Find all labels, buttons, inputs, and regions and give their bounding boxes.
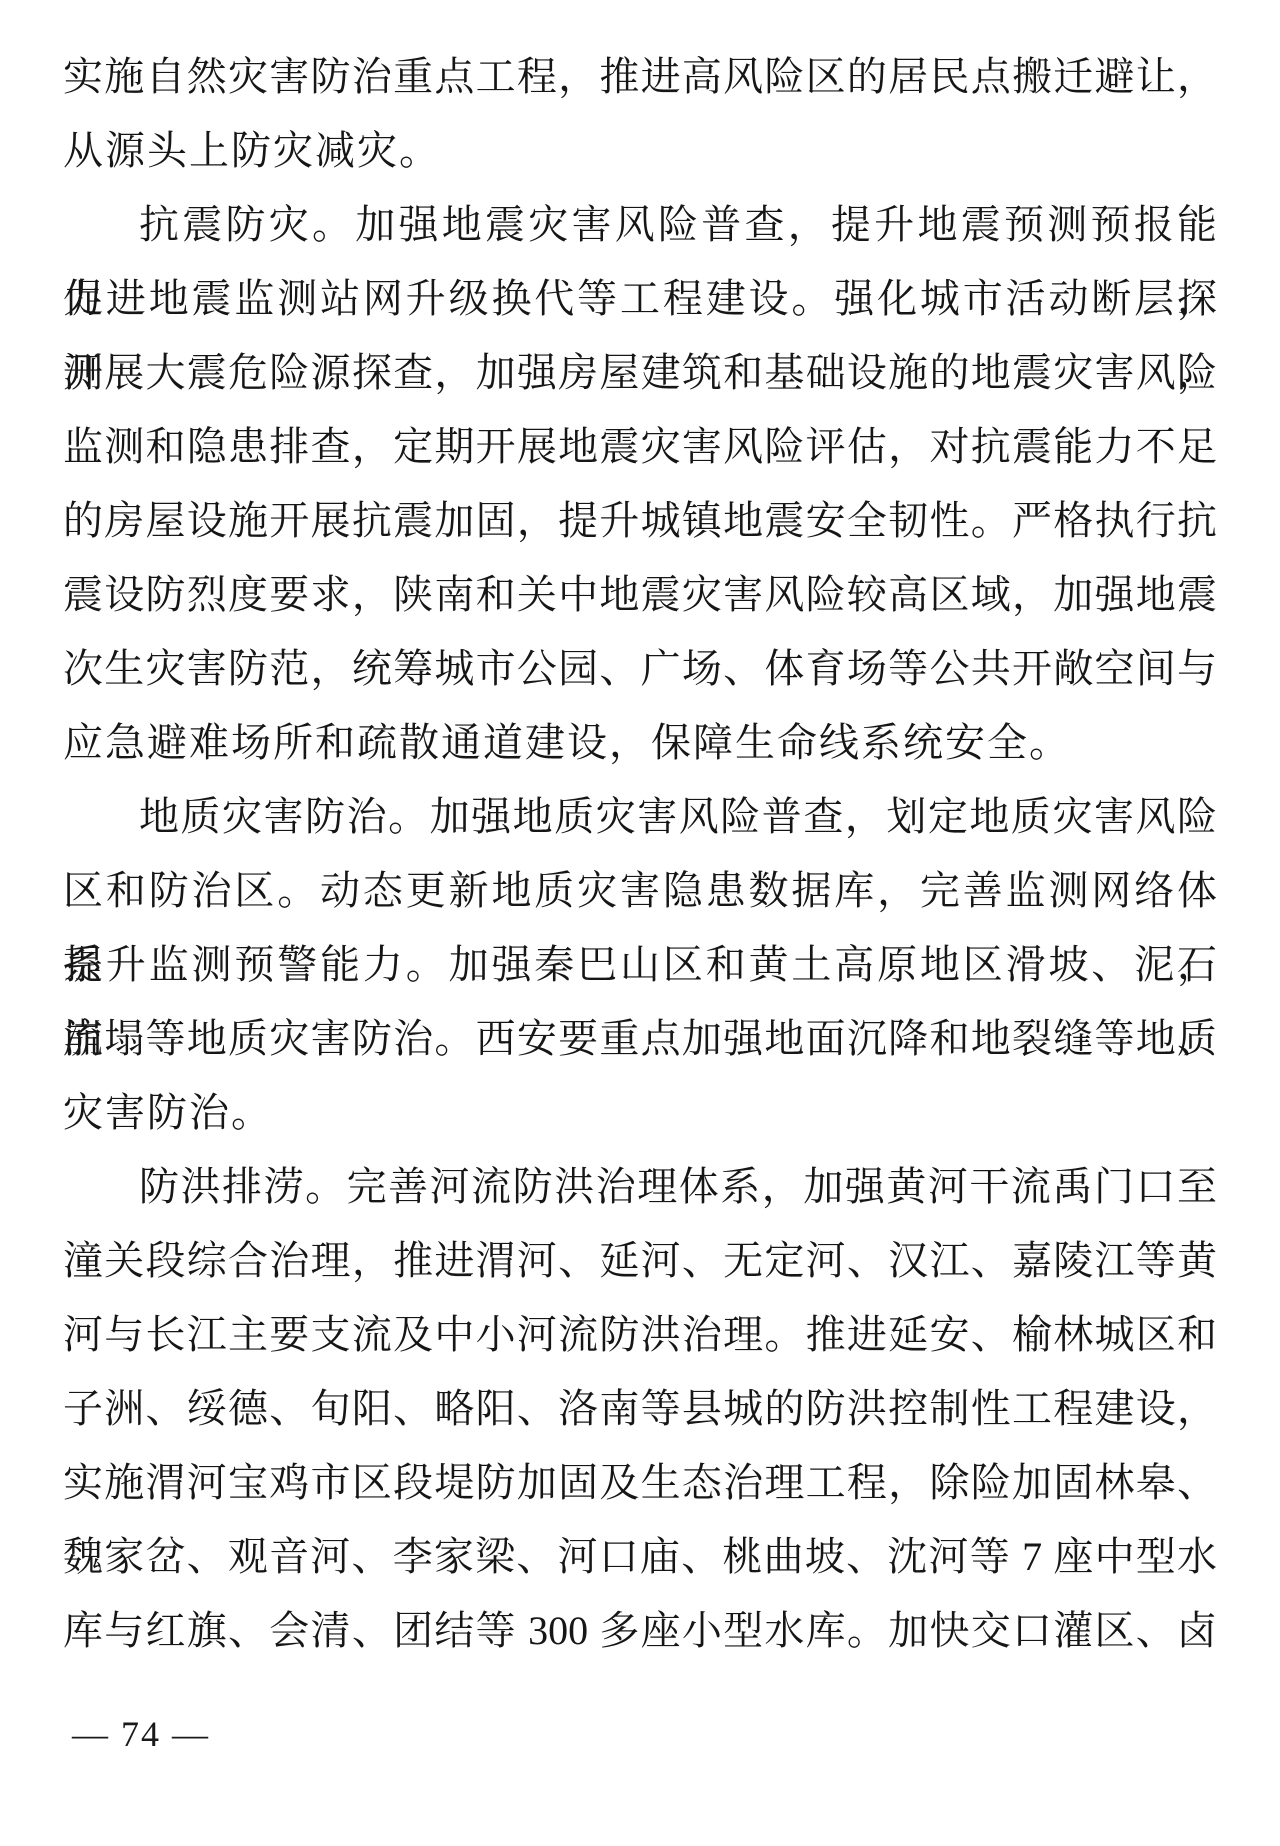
- text-line: 提升监测预警能力。加强秦巴山区和黄土高原地区滑坡、泥石流、: [63, 928, 1217, 1002]
- text-line: 实施自然灾害防治重点工程，推进高风险区的居民点搬迁避让，: [63, 40, 1217, 114]
- text-line: 震设防烈度要求，陕南和关中地震灾害风险较高区域，加强地震: [63, 558, 1217, 632]
- page-number: — 74 —: [72, 1714, 210, 1754]
- page-footer: — 74 —: [72, 1708, 210, 1760]
- text-line: 抗震防灾。加强地震灾害风险普查，提升地震预测预报能力，: [63, 188, 1217, 262]
- text-line: 地质灾害防治。加强地质灾害风险普查，划定地质灾害风险: [63, 780, 1217, 854]
- text-line: 崩塌等地质灾害防治。西安要重点加强地面沉降和地裂缝等地质: [63, 1002, 1217, 1076]
- text-line: 开展大震危险源探查，加强房屋建筑和基础设施的地震灾害风险: [63, 336, 1217, 410]
- text-line: 监测和隐患排查，定期开展地震灾害风险评估，对抗震能力不足: [63, 410, 1217, 484]
- text-line: 应急避难场所和疏散通道建设，保障生命线系统安全。: [63, 706, 1217, 780]
- text-line: 库与红旗、会清、团结等 300 多座小型水库。加快交口灌区、卤: [63, 1594, 1217, 1668]
- text-line: 河与长江主要支流及中小河流防洪治理。推进延安、榆林城区和: [63, 1298, 1217, 1372]
- text-line: 防洪排涝。完善河流防洪治理体系，加强黄河干流禹门口至: [63, 1150, 1217, 1224]
- text-line: 实施渭河宝鸡市区段堤防加固及生态治理工程，除险加固林皋、: [63, 1446, 1217, 1520]
- document-page: 实施自然灾害防治重点工程，推进高风险区的居民点搬迁避让， 从源头上防灾减灾。 抗…: [0, 0, 1280, 1846]
- text-line: 次生灾害防范，统筹城市公园、广场、体育场等公共开敞空间与: [63, 632, 1217, 706]
- text-line: 潼关段综合治理，推进渭河、延河、无定河、汉江、嘉陵江等黄: [63, 1224, 1217, 1298]
- text-line: 魏家岔、观音河、李家梁、河口庙、桃曲坡、沈河等 7 座中型水: [63, 1520, 1217, 1594]
- text-line: 促进地震监测站网升级换代等工程建设。强化城市活动断层探测，: [63, 262, 1217, 336]
- text-line: 从源头上防灾减灾。: [63, 114, 1217, 188]
- text-line: 的房屋设施开展抗震加固，提升城镇地震安全韧性。严格执行抗: [63, 484, 1217, 558]
- document-body: 实施自然灾害防治重点工程，推进高风险区的居民点搬迁避让， 从源头上防灾减灾。 抗…: [63, 40, 1217, 1668]
- text-line: 灾害防治。: [63, 1076, 1217, 1150]
- text-line: 子洲、绥德、旬阳、略阳、洛南等县城的防洪控制性工程建设，: [63, 1372, 1217, 1446]
- text-line: 区和防治区。动态更新地质灾害隐患数据库，完善监测网络体系，: [63, 854, 1217, 928]
